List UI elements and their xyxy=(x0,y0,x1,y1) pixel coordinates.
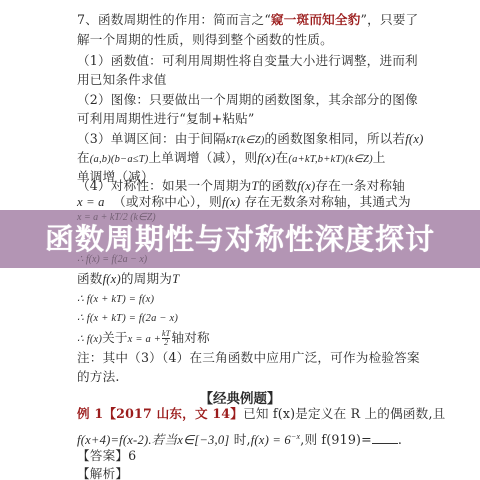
text: （3）单调区间：由于间隔 xyxy=(77,131,226,146)
text: 函数 xyxy=(77,271,103,286)
answer-blank xyxy=(372,433,398,444)
proof-line4: ∴ f(x)关于x = a +kT2轴对称 xyxy=(77,330,210,348)
math: f(x) xyxy=(103,272,121,286)
text: ,则 f(919)= xyxy=(300,432,372,447)
math: (a,b)(b−a≤T) xyxy=(90,154,149,165)
exponent: −x xyxy=(291,432,300,441)
text: 存在无数条对称轴，其通式为 xyxy=(244,194,410,209)
highlight-phrase: 窥一斑而知全豹 xyxy=(271,12,361,27)
document-page: 7、函数周期性的作用：简而言之“窥一斑而知全豹”，只要了 解一个周期的性质，则得… xyxy=(0,0,480,480)
math: ∴ f(x) xyxy=(77,334,102,345)
math: f(x) = 6 xyxy=(251,433,291,447)
fraction: kT2 xyxy=(162,330,170,347)
text: 的函数 xyxy=(259,178,297,193)
text: （4）对称性：如果一个周期为 xyxy=(77,178,252,193)
text: 的周期为 xyxy=(121,271,172,286)
note-line2: 的方法. xyxy=(77,369,120,385)
title-banner: x = a + kT/2 (k∈Z) ∴ f(x) = f(2a − x) 函数… xyxy=(0,210,480,268)
text: 在 xyxy=(276,150,289,165)
math: (a+kT,b+kT)(k∈Z) xyxy=(288,154,372,165)
example1-line2: f(x+4)=f(x-2).若当x∈[−3,0] 时,f(x) = 6−x,则 … xyxy=(77,429,402,448)
math: kT(k∈Z) xyxy=(226,135,265,146)
examples-heading: 【经典例题】 xyxy=(0,387,480,407)
text: 已知 f(x)是定义在 R 上的偶函数,且 xyxy=(243,406,445,421)
proof-line1: 函数f(x)的周期为T xyxy=(77,271,179,287)
item2-line1: （2）图像：只要做出一个周期的函数图象，其余部分的图像 xyxy=(77,92,418,108)
math: x = a xyxy=(77,195,105,209)
example1-answer: 【答案】6 xyxy=(77,448,136,464)
item4-line1-visible: （4）对称性：如果一个周期为T的函数f(x)存在一条对称轴 xyxy=(77,178,405,194)
item1-line1: （1）函数值：可利用周期性将自变量大小进行调整，进而利 xyxy=(77,53,418,69)
text: （或对称中心），则 xyxy=(113,194,222,209)
text: 上单调增（减），则 xyxy=(149,150,258,165)
math: x∈[−3,0] xyxy=(177,433,229,447)
item2-line2: 可利用周期性进行“复制+粘贴” xyxy=(77,111,255,127)
example-label: 例 1【2017 山东，文 14】 xyxy=(77,406,243,421)
proof-line3: ∴ f(x + kT) = f(2a − x) xyxy=(77,311,178,327)
section7-line1: 7、函数周期性的作用：简而言之“窥一斑而知全豹”，只要了 xyxy=(77,12,418,28)
text: ”，只要了 xyxy=(361,12,419,27)
math: f(x) xyxy=(405,132,423,146)
math: f(x) xyxy=(257,151,275,165)
text: 存在一条对称轴 xyxy=(315,178,405,193)
example1-line1: 例 1【2017 山东，文 14】已知 f(x)是定义在 R 上的偶函数,且 xyxy=(77,406,445,422)
text: 7、函数周期性的作用：简而言之“ xyxy=(77,12,271,27)
math: T xyxy=(172,272,179,286)
item3-line2: 在(a,b)(b−a≤T)上单调增（减），则f(x)在(a+kT,b+kT)(k… xyxy=(77,150,386,168)
example1-analysis: 【解析】 xyxy=(77,466,128,480)
text: . xyxy=(398,432,402,447)
text: 上 xyxy=(373,150,386,165)
math: f(x) xyxy=(222,195,240,209)
text: 的函数图象相同，所以若 xyxy=(265,131,406,146)
proof-line2: ∴ f(x + kT) = f(x) xyxy=(77,292,154,308)
math: x = a + xyxy=(128,334,161,345)
text: 轴对称 xyxy=(171,330,209,345)
math: f(x) xyxy=(297,179,315,193)
item1-line2: 用已知条件求值 xyxy=(77,72,167,88)
text: 关于 xyxy=(102,330,128,345)
item4-line2: x = a （或对称中心），则f(x) 存在无数条对称轴，其通式为 xyxy=(77,194,411,210)
text: 在 xyxy=(77,150,90,165)
item3-line1: （3）单调区间：由于间隔kT(k∈Z)的函数图象相同，所以若f(x) xyxy=(77,131,424,149)
section7-line2: 解一个周期的性质，则得到整个函数的性质。 xyxy=(77,32,333,48)
denominator: 2 xyxy=(162,339,170,347)
note-line1: 注：其中（3）（4）在三角函数中应用广泛，可作为检验答案 xyxy=(77,350,420,366)
math: T xyxy=(252,179,259,193)
math: f(x+4)=f(x-2).若当 xyxy=(77,433,177,447)
text: 时, xyxy=(234,432,251,447)
banner-title: 函数周期性与对称性深度探讨 xyxy=(0,219,480,259)
